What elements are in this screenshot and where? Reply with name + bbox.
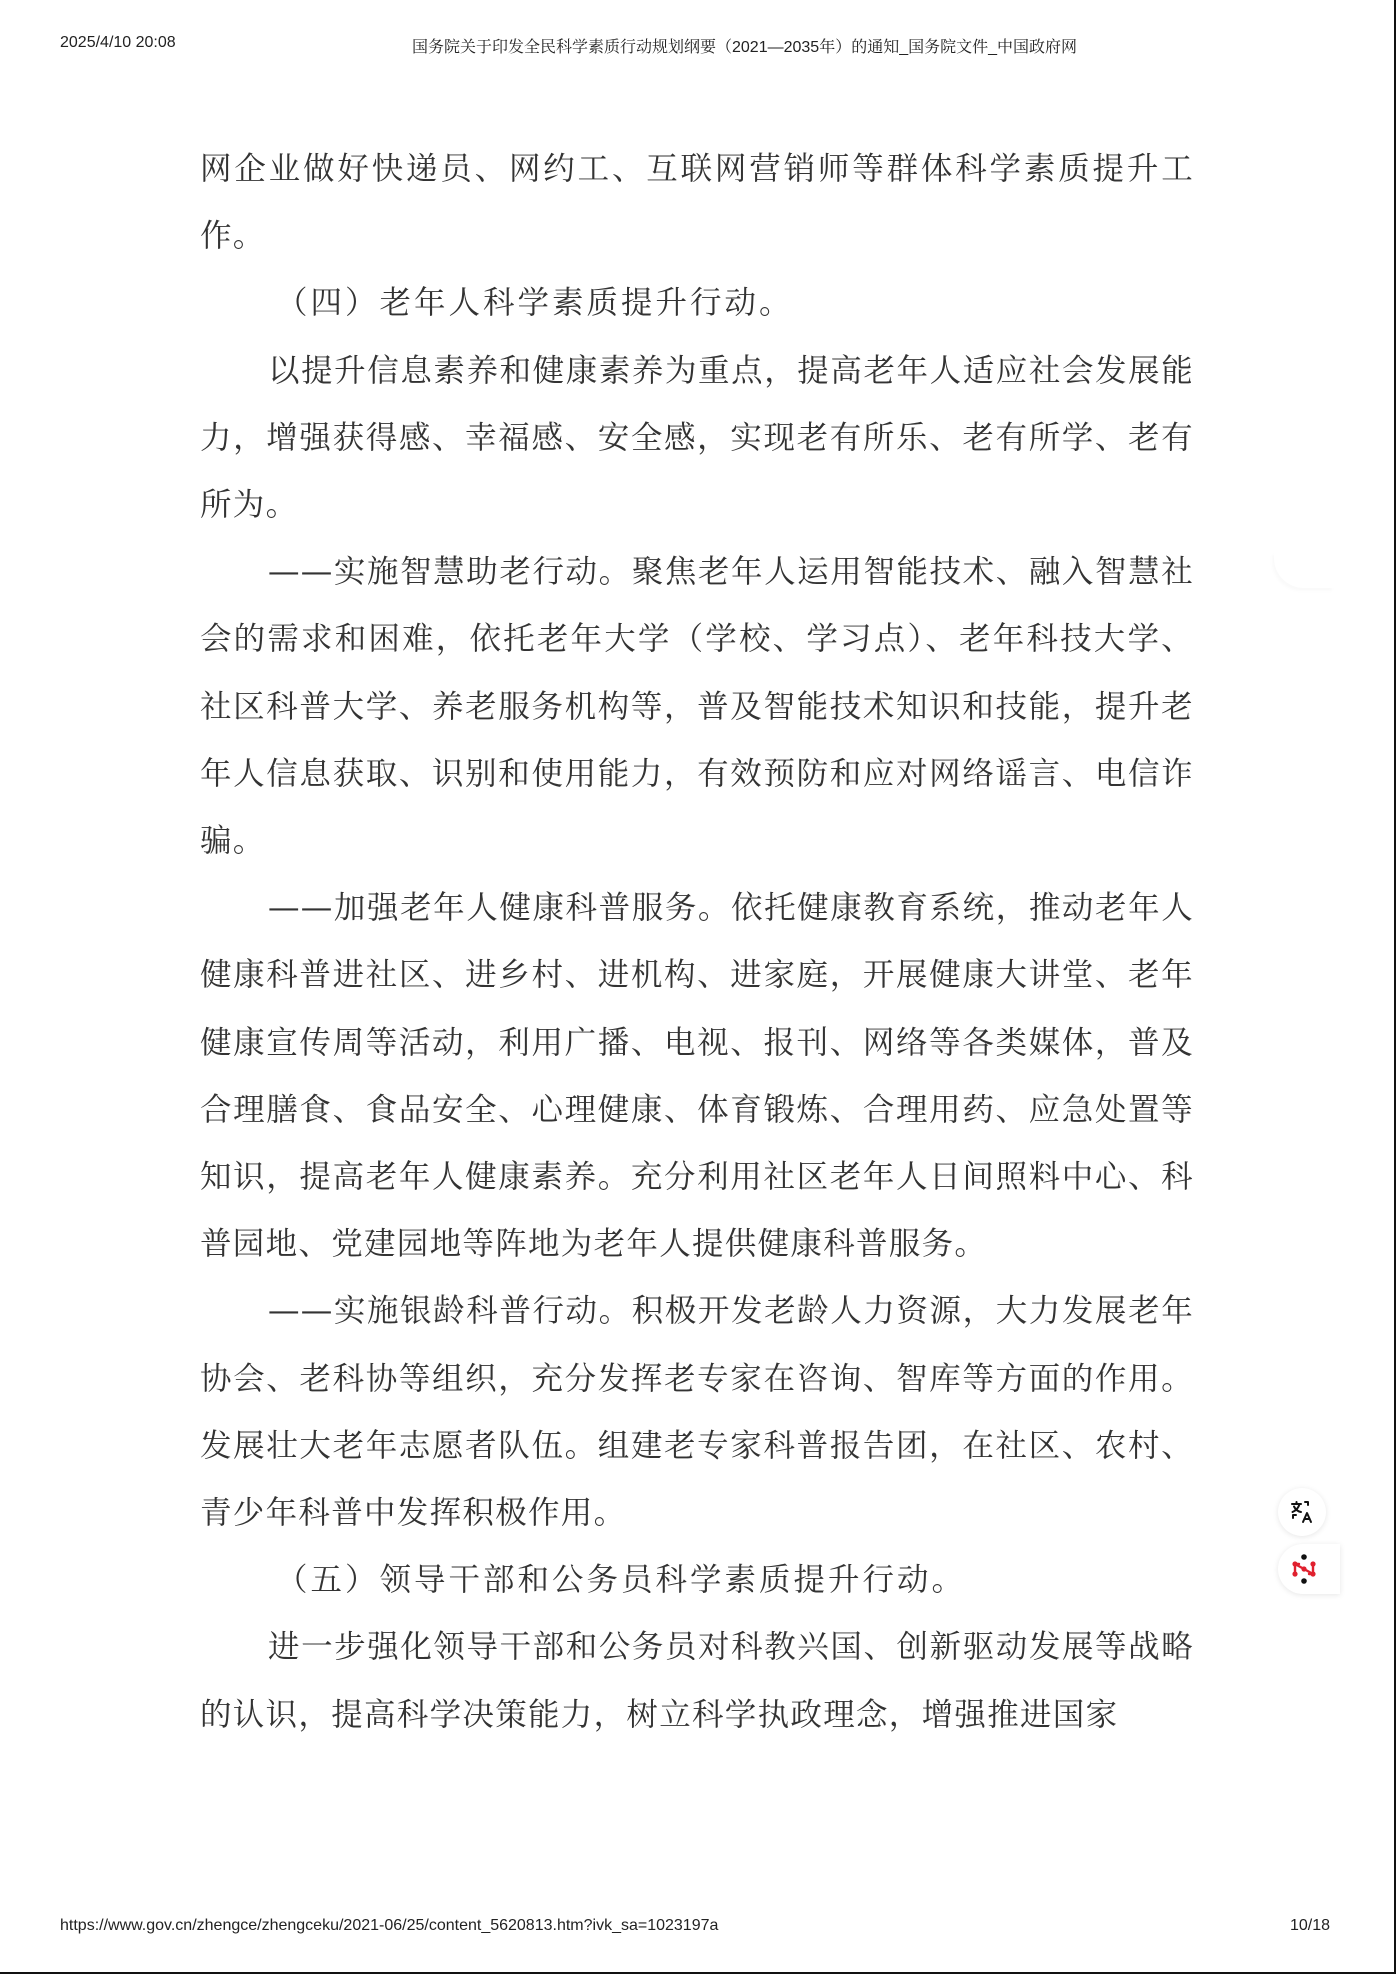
print-header: 2025/4/10 20:08 国务院关于印发全民科学素质行动规划纲要（2021…: [0, 34, 1396, 58]
paragraph-elderly-intro: 以提升信息素养和健康素养为重点，提高老年人适应社会发展能力，增强获得感、幸福感、…: [200, 338, 1194, 540]
paragraph-officials-intro: 进一步强化领导干部和公务员对科教兴国、创新驱动发展等战略的认识，提高科学决策能力…: [200, 1614, 1194, 1748]
paragraph-continuation: 网企业做好快递员、网约工、互联网营销师等群体科学素质提升工作。: [200, 136, 1194, 270]
print-page-title: 国务院关于印发全民科学素质行动规划纲要（2021—2035年）的通知_国务院文件…: [412, 34, 1077, 57]
translate-icon: [1289, 1499, 1315, 1525]
paragraph-silver-age: ——实施银龄科普行动。积极开发老龄人力资源，大力发展老年协会、老科协等组织，充分…: [200, 1278, 1194, 1547]
print-url: https://www.gov.cn/zhengce/zhengceku/202…: [60, 1917, 718, 1935]
translate-button[interactable]: [1278, 1488, 1326, 1536]
collapsed-side-tab[interactable]: [1274, 552, 1334, 588]
paragraph-smart-aging: ——实施智慧助老行动。聚焦老年人运用智能技术、融入智慧社会的需求和困难，依托老年…: [200, 539, 1194, 875]
page-indicator: 10/18: [1290, 1917, 1330, 1935]
document-body: 网企业做好快递员、网约工、互联网营销师等群体科学素质提升工作。 （四）老年人科学…: [200, 136, 1194, 1749]
ai-assistant-button[interactable]: [1278, 1544, 1340, 1594]
section-heading-officials: （五）领导干部和公务员科学素质提升行动。: [200, 1547, 1194, 1614]
paragraph-health-science: ——加强老年人健康科普服务。依托健康教育系统，推动老年人健康科普进社区、进乡村、…: [200, 875, 1194, 1278]
print-footer: https://www.gov.cn/zhengce/zhengceku/202…: [0, 1917, 1396, 1941]
ai-network-icon: [1289, 1553, 1319, 1585]
print-datetime: 2025/4/10 20:08: [60, 34, 176, 52]
section-heading-elderly: （四）老年人科学素质提升行动。: [200, 270, 1194, 337]
